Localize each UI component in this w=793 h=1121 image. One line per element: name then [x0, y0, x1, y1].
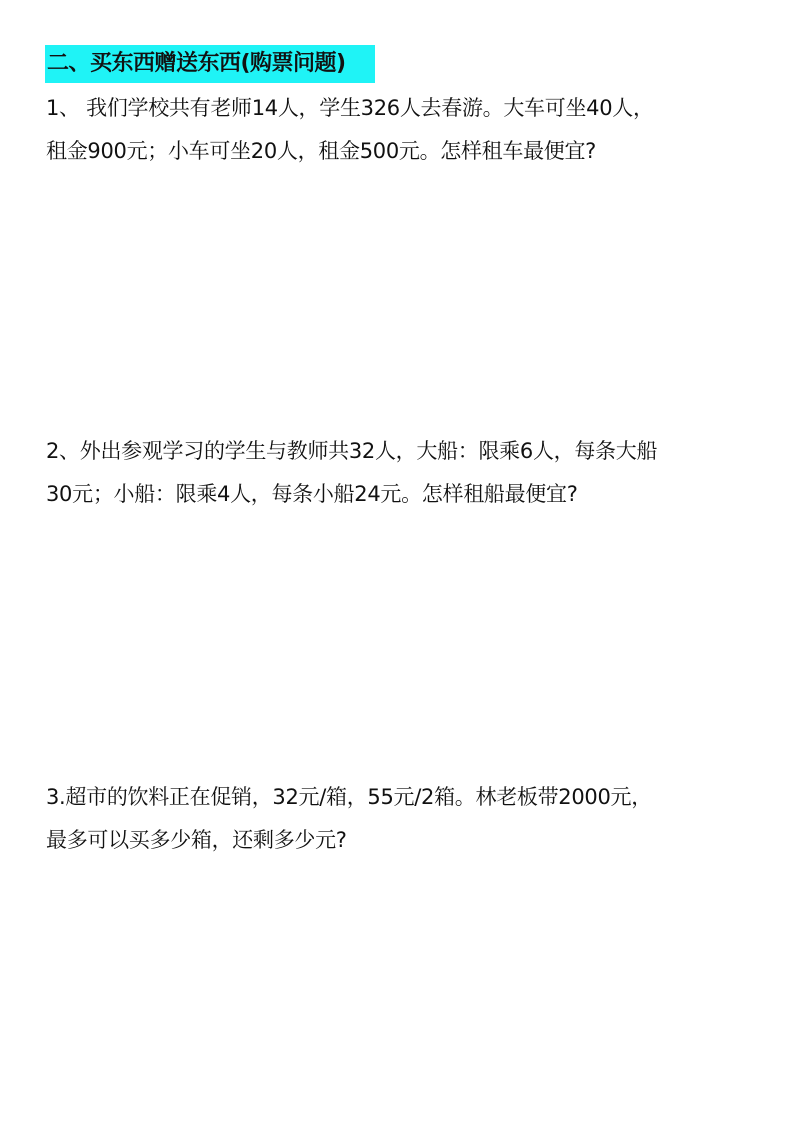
problem-1-line-1: 1、 我们学校共有老师14人，学生326人去春游。大车可坐40人，	[46, 87, 756, 130]
section-heading: 二、买东西赠送东西(购票问题)	[45, 45, 375, 83]
problem-2-line-1: 2、外出参观学习的学生与教师共32人，大船：限乘6人，每条大船	[46, 430, 756, 473]
problem-1: 1、 我们学校共有老师14人，学生326人去春游。大车可坐40人， 租金900元…	[46, 87, 756, 173]
problem-3: 3.超市的饮料正在促销，32元/箱，55元/2箱。林老板带2000元， 最多可以…	[46, 776, 756, 862]
problem-2: 2、外出参观学习的学生与教师共32人，大船：限乘6人，每条大船 30元；小船：限…	[46, 430, 756, 516]
problem-2-line-2: 30元；小船：限乘4人，每条小船24元。怎样租船最便宜?	[46, 473, 756, 516]
problem-1-line-2: 租金900元；小车可坐20人，租金500元。怎样租车最便宜?	[46, 130, 756, 173]
problem-3-line-1: 3.超市的饮料正在促销，32元/箱，55元/2箱。林老板带2000元，	[46, 776, 756, 819]
problem-3-line-2: 最多可以买多少箱，还剩多少元?	[46, 819, 756, 862]
